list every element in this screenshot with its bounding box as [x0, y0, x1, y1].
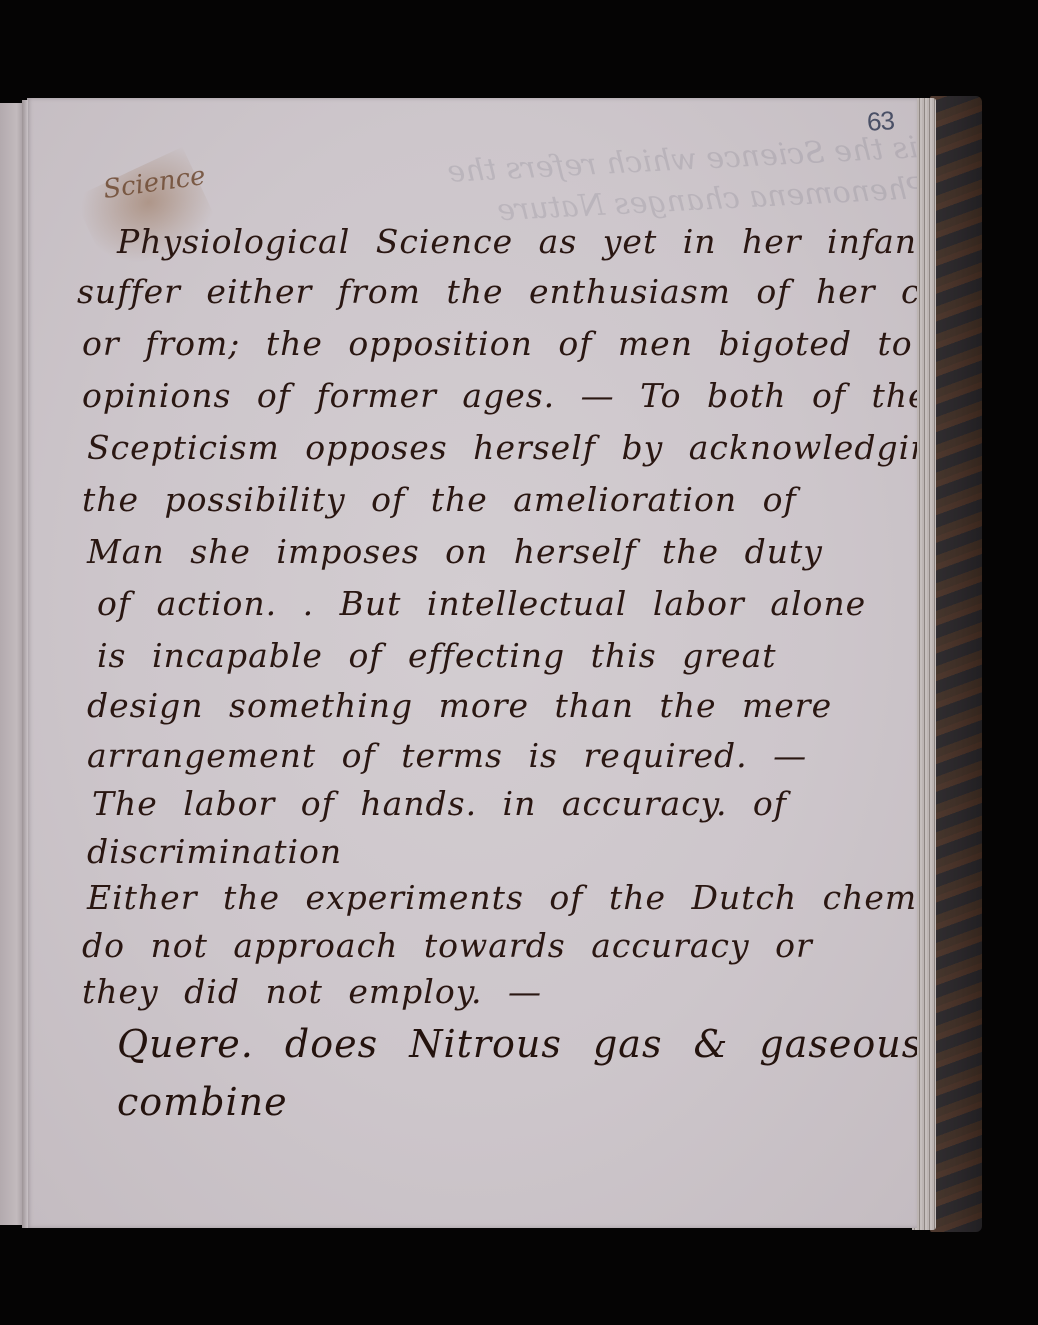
text-line: arrangement of terms is required. — [87, 736, 807, 775]
text-line: suffer either from the enthusiasm of her… [77, 272, 917, 311]
facing-page-edge [0, 103, 24, 1225]
text-line: or from; the opposition of men bigoted t… [82, 324, 917, 363]
page-number: 63 [866, 105, 895, 138]
text-line: Physiological Science as yet in her infa… [117, 222, 917, 261]
gutter-shadow [22, 100, 28, 1228]
manuscript-page: Physiology is the Science which refers t… [27, 98, 917, 1228]
text-line: the possibility of the amelioration of [82, 480, 797, 519]
text-line: they did not employ. — [82, 972, 542, 1011]
text-line: opinions of former ages. — To both of th… [82, 376, 917, 415]
text-line: Either the experiments of the Dutch chem… [87, 878, 917, 917]
text-line: design something more than the mere [87, 686, 832, 725]
text-line: do not approach towards accuracy or [82, 926, 813, 965]
text-line: discrimination [87, 832, 342, 871]
bleed-through-text: Physiology is the Science which refers t… [447, 121, 917, 190]
text-line-query: combine [117, 1080, 288, 1124]
bleed-through-text: Phenomena changes Nature [496, 171, 917, 228]
text-line: Scepticism opposes herself by acknowledg… [87, 428, 917, 467]
text-line: is incapable of effecting this great [97, 636, 777, 675]
marbled-cover-edge [930, 96, 982, 1232]
text-line: Man she imposes on herself the duty [87, 532, 823, 571]
text-line: of action. . But intellectual labor alon… [97, 584, 866, 623]
text-line: The labor of hands. in accuracy. of [92, 784, 787, 823]
text-line-query: Quere. does Nitrous gas & gaseous oxyd [117, 1022, 917, 1066]
scan-scene: Physiology is the Science which refers t… [0, 0, 1038, 1325]
